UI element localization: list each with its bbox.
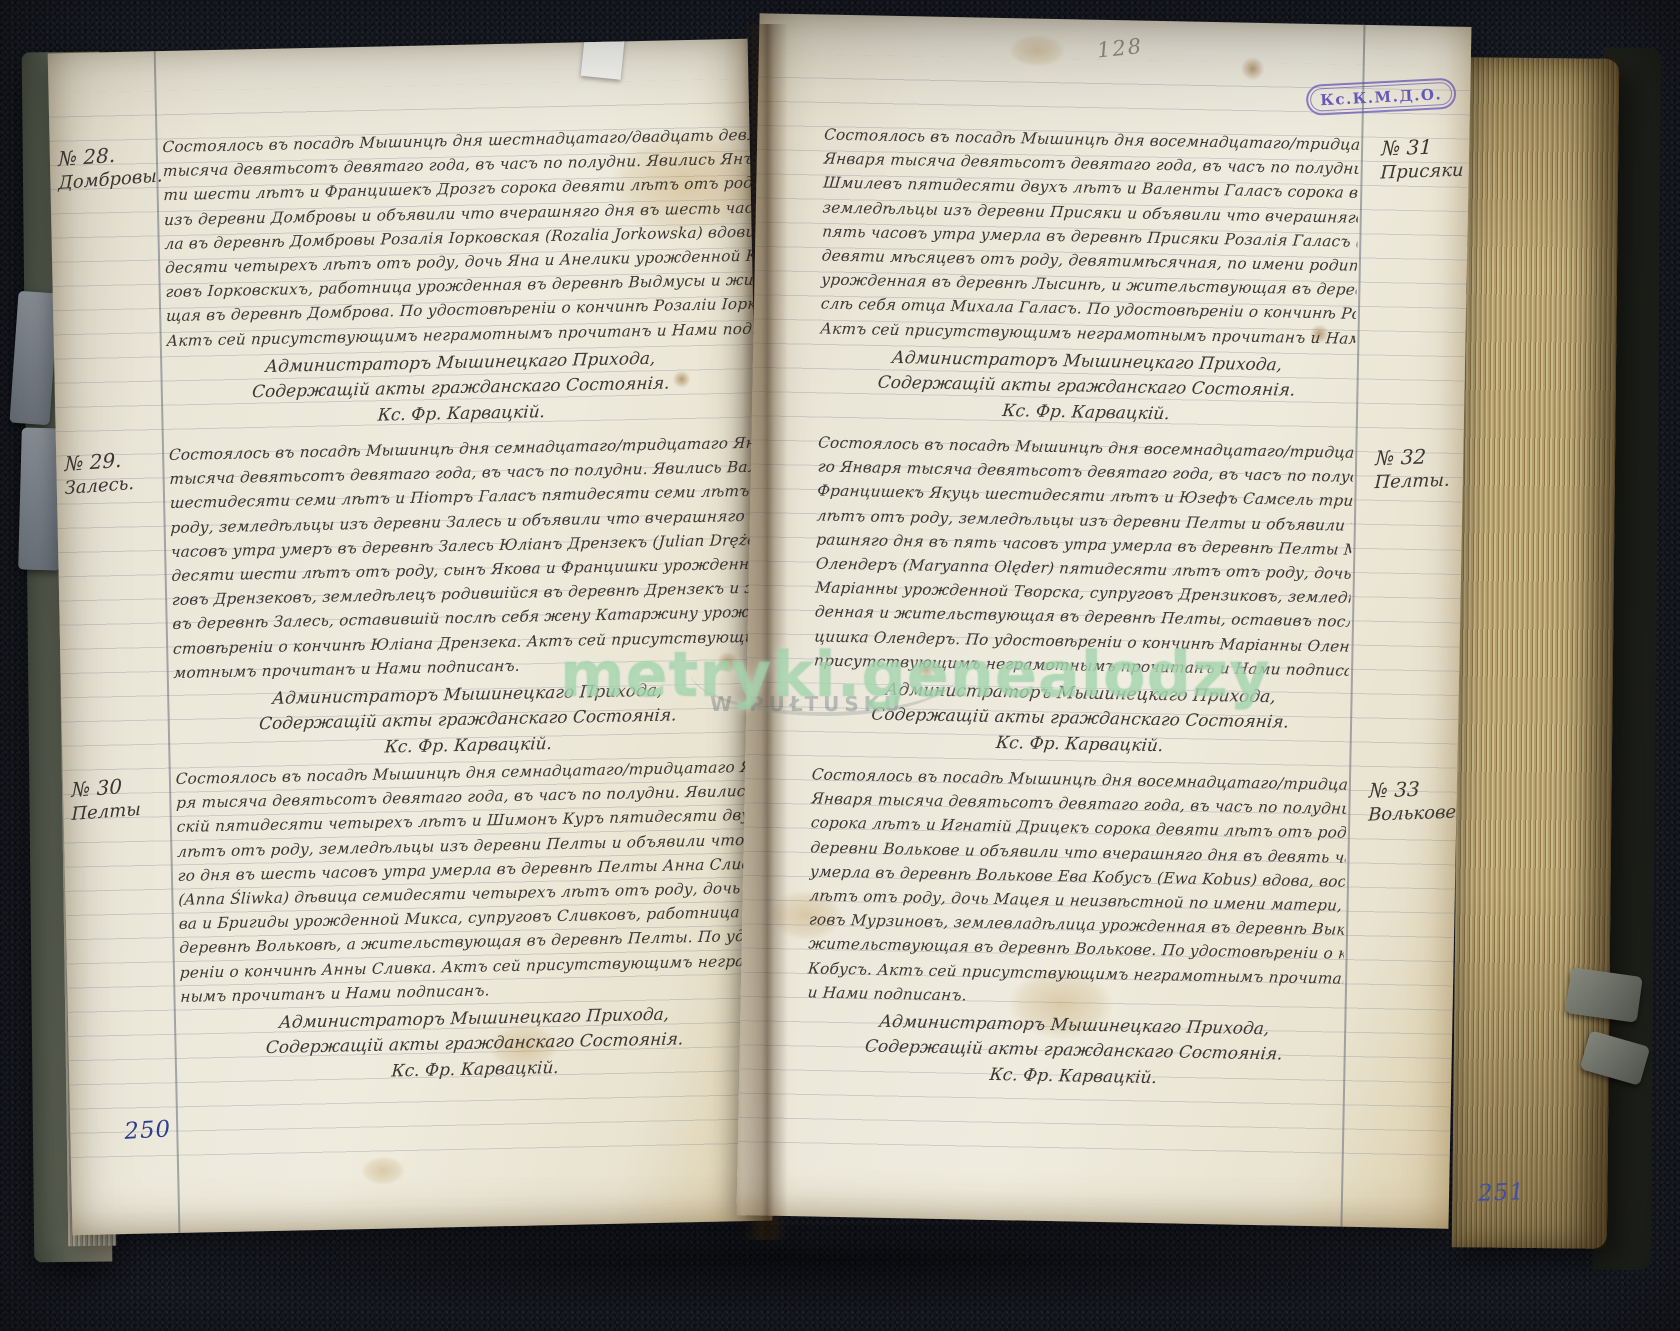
record-text: Состоялось въ посадѣ Мышинцѣ дня семнадц… [168, 431, 761, 685]
record-number: № 32 [1375, 443, 1451, 472]
page-number-right: 251 [1478, 1179, 1526, 1207]
record-text: Состоялось въ посадѣ Мышинцѣ дня шестнад… [161, 123, 753, 353]
paper-stain [1009, 34, 1066, 67]
record-place: Пелты [71, 798, 140, 827]
archive-stamp-border: Кс.К.М.Д.О. [1310, 82, 1453, 112]
margin-annotation: № 32 Пелты. [1374, 443, 1451, 496]
page-number-left: 250 [124, 1116, 172, 1145]
signature-block: Администраторъ Мышинецкаго Прихода,Содер… [173, 677, 762, 766]
record-entry: Состоялось въ посадѣ Мышинцѣ дня восемна… [818, 123, 1360, 431]
signature-block: Администраторъ Мышинецкаго Прихода,Содер… [811, 676, 1348, 763]
record-entry: Состоялось въ посадѣ Мышинцѣ дня восемна… [811, 430, 1353, 763]
signature-block: Администраторъ Мышинецкаго Прихода,Содер… [180, 1000, 769, 1089]
record-entry: Состоялось въ посадѣ Мышинцѣ дня шестнад… [161, 123, 755, 433]
signature-block: Администраторъ Мышинецкаго Прихода,Содер… [805, 1008, 1342, 1095]
right-page: 128 Кс.К.М.Д.О. № 31 Присяки Состоялось … [737, 13, 1472, 1228]
margin-annotation: № 33 Волькове. [1368, 774, 1464, 827]
sticker-tab [581, 39, 625, 80]
foxing-dot [1240, 57, 1264, 81]
record-place: Пелты. [1374, 469, 1450, 496]
signature-block: Администраторъ Мышинецкаго Прихода,Содер… [818, 344, 1355, 431]
record-number: № 33 [1369, 774, 1464, 803]
record-text: Состоялось въ посадѣ Мышинцѣ дня восемна… [807, 762, 1348, 1014]
margin-annotation: № 29. Залесь. [65, 446, 135, 501]
left-page: № 28. Домбровы. Состоялось въ посадѣ Мыш… [48, 39, 773, 1235]
book-clasp [1565, 967, 1643, 1023]
record-text: Состоялось въ посадѣ Мышинцѣ дня семнадц… [175, 755, 768, 1009]
margin-annotation: № 28. Домбровы. [58, 138, 163, 196]
record-entry: Состоялось въ посадѣ Мышинцѣ дня семнадц… [168, 431, 763, 766]
record-entry: Состоялось въ посадѣ Мышинцѣ дня семнадц… [175, 755, 770, 1090]
record-text: Состоялось въ посадѣ Мышинцѣ дня восемна… [819, 123, 1359, 351]
record-place: Залесь. [65, 472, 135, 501]
archive-stamp: Кс.К.М.Д.О. [1305, 77, 1456, 116]
book-shadow [10, 1225, 1650, 1315]
record-entry: Состоялось въ посадѣ Мышинцѣ дня восемна… [805, 762, 1347, 1095]
photo-background: № 28. Домбровы. Состоялось въ посадѣ Мыш… [0, 0, 1680, 1331]
margin-annotation: № 30 Пелты [71, 772, 141, 827]
record-place: Присяки [1380, 159, 1464, 186]
folio-number-pencil: 128 [1096, 34, 1144, 63]
paper-stain [361, 1156, 406, 1185]
record-number: № 31 [1381, 133, 1465, 162]
record-text: Состоялось въ посадѣ Мышинцѣ дня восемна… [813, 430, 1354, 682]
archive-stamp-text: Кс.К.М.Д.О. [1320, 85, 1443, 109]
record-place: Волькове. [1368, 800, 1463, 827]
margin-annotation: № 31 Присяки [1380, 133, 1465, 186]
signature-block: Администраторъ Мышинецкаго Прихода,Содер… [166, 344, 755, 433]
